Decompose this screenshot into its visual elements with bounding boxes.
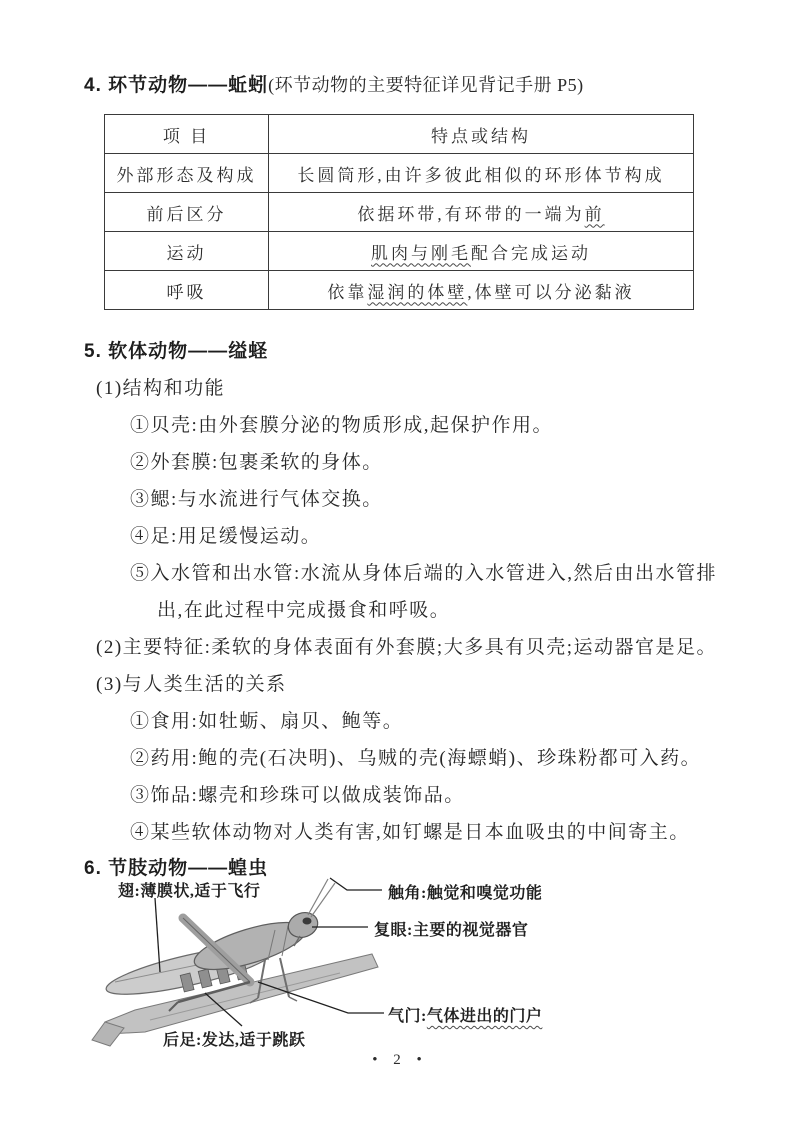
table-header-row: 项 目 特点或结构 [105, 115, 694, 154]
leader-antenna [330, 878, 382, 890]
table-header-feature: 特点或结构 [269, 115, 694, 154]
s5-line-8: (2)主要特征:柔软的身体表面有外套膜;大多具有贝壳;运动器官是足。 [96, 632, 717, 659]
page-number: • 2 • [0, 1052, 800, 1069]
s5-line-6: ⑤入水管和出水管:水流从身体后端的入水管进入,然后由出水管排 [130, 558, 717, 585]
table-header-item: 项 目 [105, 115, 269, 154]
section4-heading-bold: 4. 环节动物——蚯蚓 [84, 75, 268, 96]
table-row: 运动 肌肉与刚毛配合完成运动 [105, 232, 694, 271]
table-row: 外部形态及构成 长圆筒形,由许多彼此相似的环形体节构成 [105, 154, 694, 193]
s5-line-11: ②药用:鲍的壳(石决明)、乌贼的壳(海螵蛸)、珍珠粉都可入药。 [130, 743, 701, 770]
label-compound-eye: 复眼:主要的视觉器官 [374, 917, 528, 940]
table-cell-item: 前后区分 [105, 193, 269, 232]
table-cell-feature: 长圆筒形,由许多彼此相似的环形体节构成 [269, 154, 694, 193]
section4-heading-note: (环节动物的主要特征详见背记手册 P5) [268, 75, 584, 95]
s5-line-1: (1)结构和功能 [96, 373, 225, 400]
s5-line-7: 出,在此过程中完成摄食和呼吸。 [157, 595, 450, 622]
s5-line-12: ③饰品:螺壳和珍珠可以做成装饰品。 [130, 780, 465, 807]
table-cell-feature: 依靠湿润的体壁,体壁可以分泌黏液 [269, 271, 694, 310]
document-page: 4. 环节动物——蚯蚓(环节动物的主要特征详见背记手册 P5) 项 目 特点或结… [0, 0, 800, 1145]
s5-line-13: ④某些软体动物对人类有害,如钉螺是日本血吸虫的中间寄主。 [130, 817, 690, 844]
section4-heading: 4. 环节动物——蚯蚓(环节动物的主要特征详见背记手册 P5) [84, 70, 584, 97]
s5-line-2: ①贝壳:由外套膜分泌的物质形成,起保护作用。 [130, 410, 553, 437]
annelid-feature-table: 项 目 特点或结构 外部形态及构成 长圆筒形,由许多彼此相似的环形体节构成 前后… [104, 114, 694, 310]
label-antenna: 触角:触觉和嗅觉功能 [388, 880, 542, 903]
table-cell-feature: 依据环带,有环带的一端为前 [269, 193, 694, 232]
leader-wing [155, 898, 160, 972]
table-cell-item: 呼吸 [105, 271, 269, 310]
s5-line-3: ②外套膜:包裹柔软的身体。 [130, 447, 383, 474]
s5-line-10: ①食用:如牡蛎、扇贝、鲍等。 [130, 706, 403, 733]
s5-line-9: (3)与人类生活的关系 [96, 669, 287, 696]
table-row: 呼吸 依靠湿润的体壁,体壁可以分泌黏液 [105, 271, 694, 310]
table-cell-item: 运动 [105, 232, 269, 271]
table-row: 前后区分 依据环带,有环带的一端为前 [105, 193, 694, 232]
label-spiracle: 气门:气体进出的门户 [388, 1003, 542, 1026]
table-cell-feature: 肌肉与刚毛配合完成运动 [269, 232, 694, 271]
table-cell-item: 外部形态及构成 [105, 154, 269, 193]
s5-line-4: ③鳃:与水流进行气体交换。 [130, 484, 383, 511]
s5-line-5: ④足:用足缓慢运动。 [130, 521, 321, 548]
label-hind-leg: 后足:发达,适于跳跃 [163, 1027, 305, 1050]
label-wing: 翅:薄膜状,适于飞行 [118, 878, 260, 901]
section5-heading: 5. 软体动物——缢蛏 [84, 336, 268, 363]
